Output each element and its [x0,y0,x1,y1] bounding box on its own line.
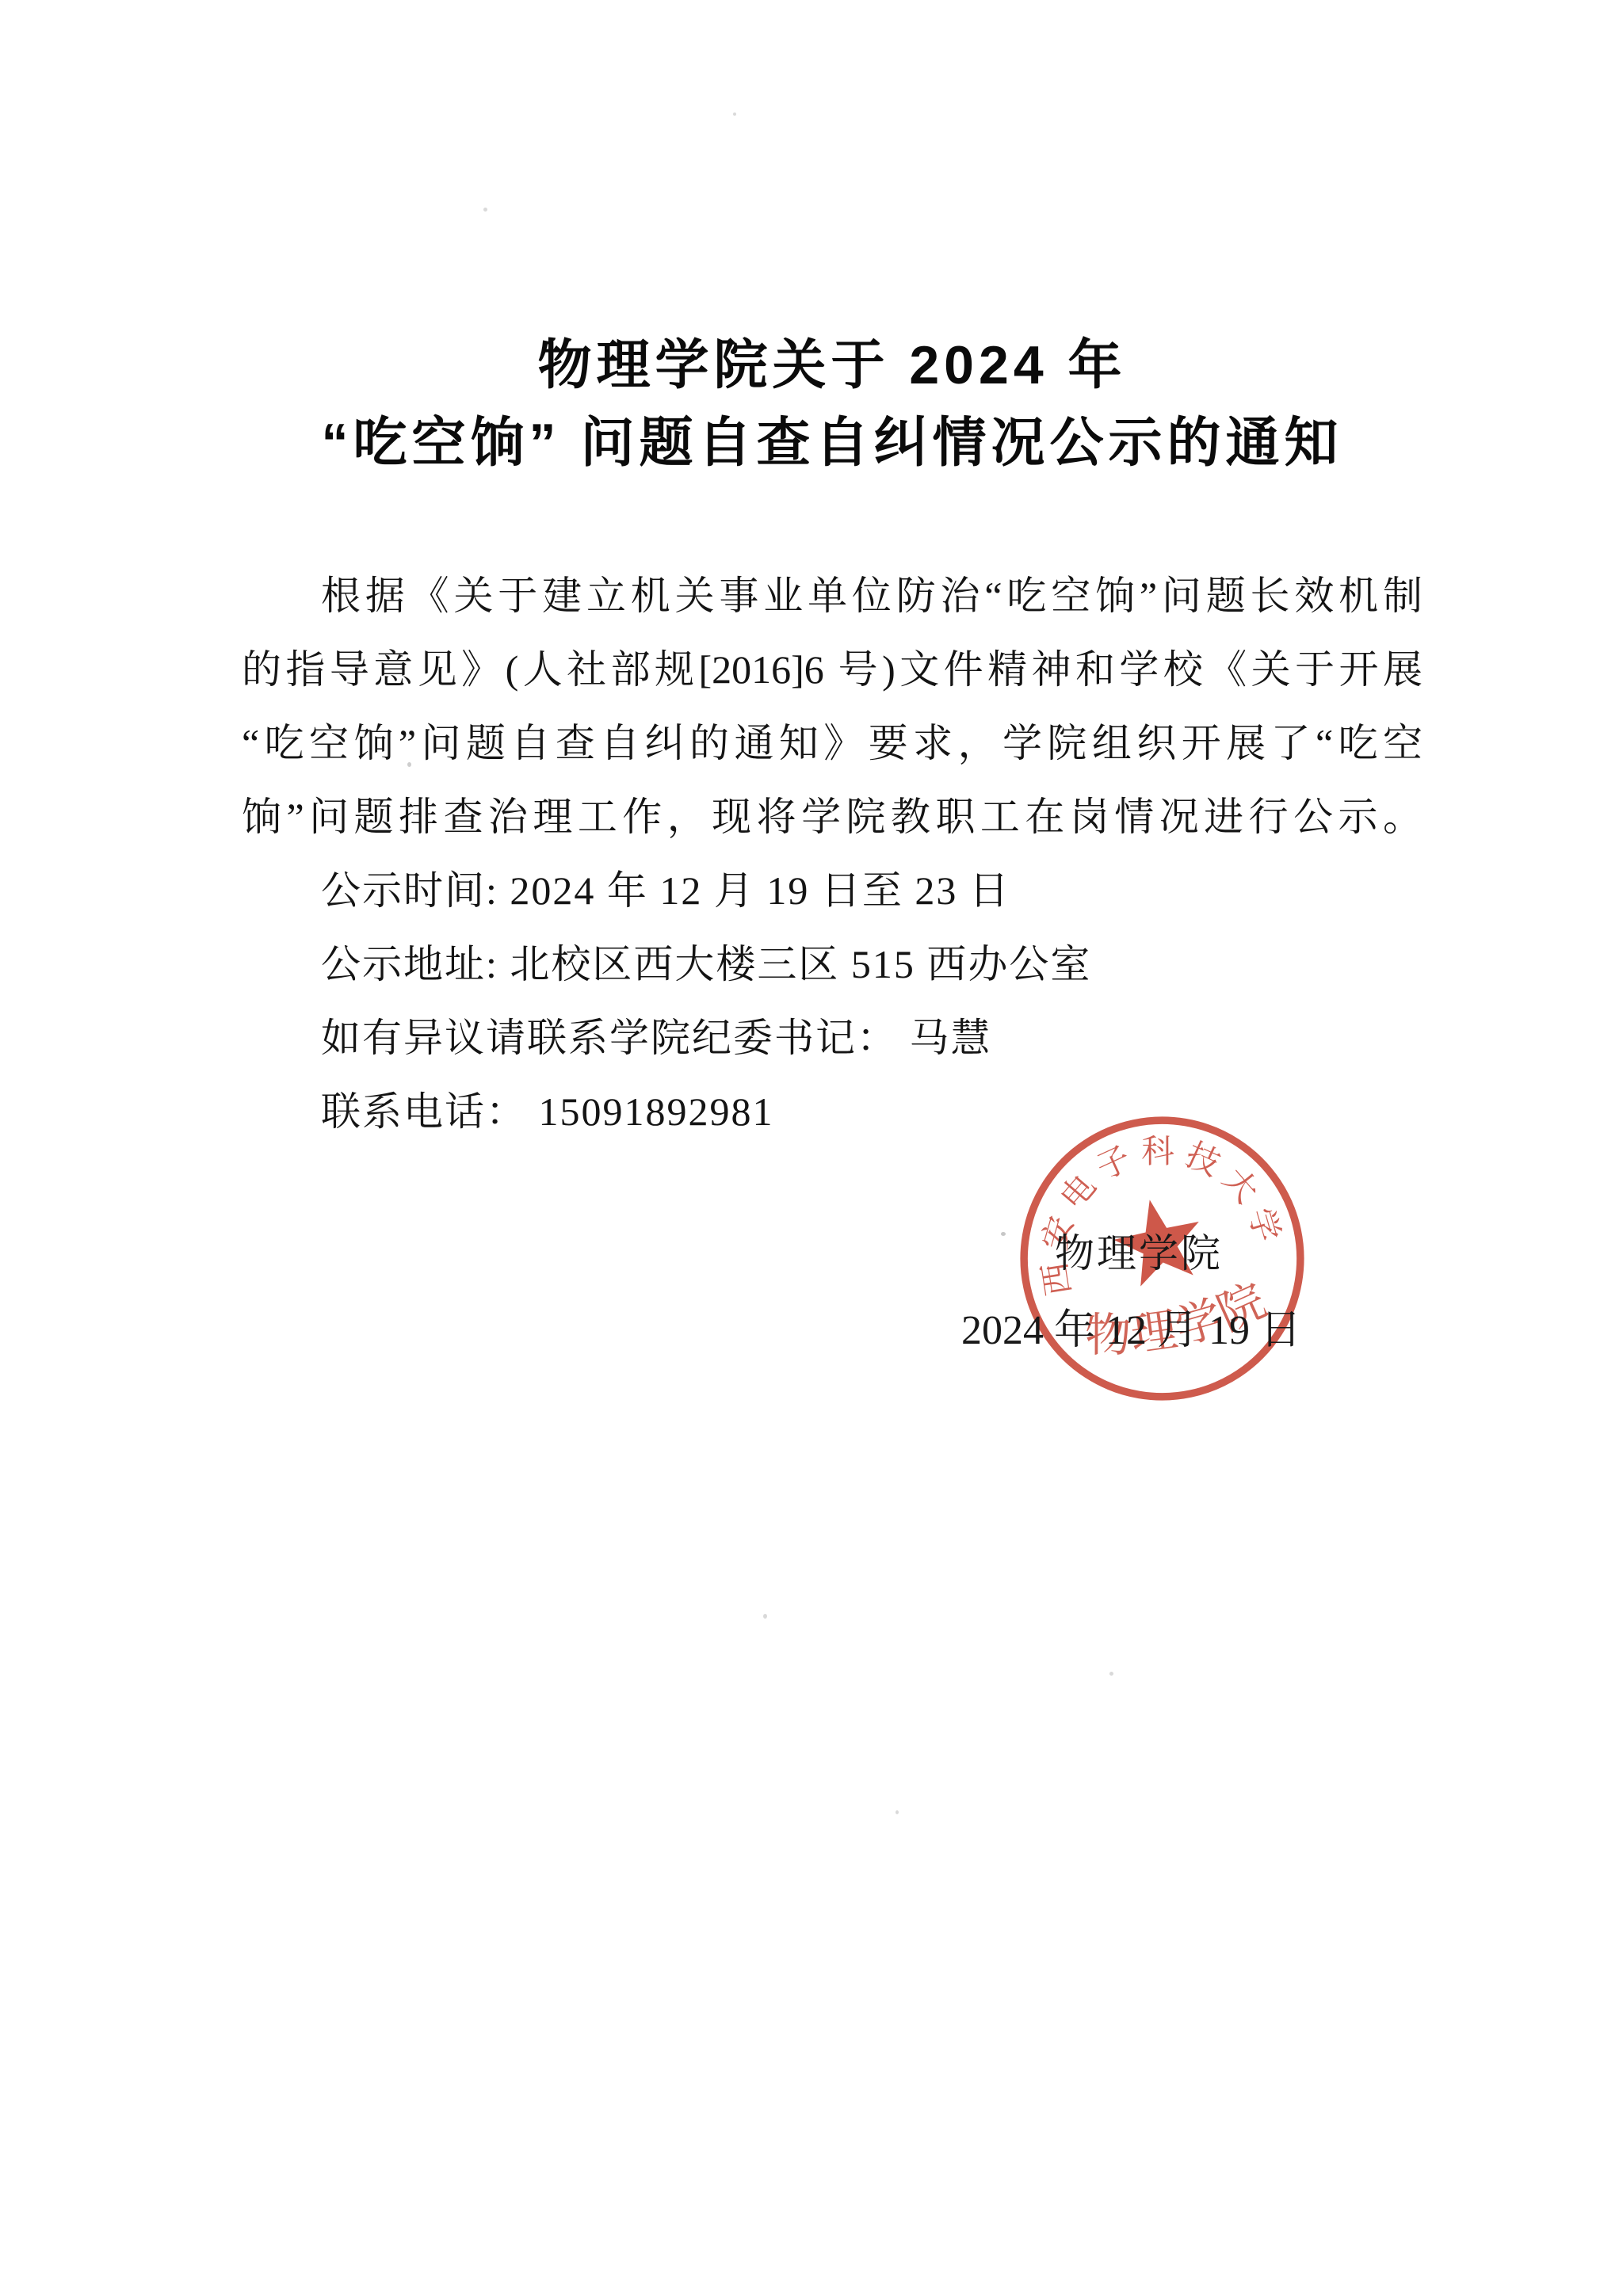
notice-title: 物理学院关于 2024 年 “吃空饷” 问题自查自纠情况公示的通知 [242,326,1423,482]
paragraph-line: 饷”问题排查治理工作，现将学院教职工在岗情况进行公示。 [242,780,1423,854]
publicity-time-line: 公示时间: 2024 年 12 月 19 日至 23 日 [242,854,1423,928]
scan-speck [407,762,411,767]
scan-speck [896,1810,899,1814]
scan-speck [1109,1672,1113,1676]
objection-contact-line: 如有异议请联系学院纪委书记： 马慧 [242,1001,1423,1075]
notice-body: 根据《关于建立机关事业单位防治“吃空饷”问题长效机制 的指导意见》(人社部规[2… [242,559,1423,1149]
notice-title-line1: 物理学院关于 2024 年 [242,326,1423,404]
scanned-notice-page: 物理学院关于 2024 年 “吃空饷” 问题自查自纠情况公示的通知 根据《关于建… [0,0,1623,2296]
signature-date: 2024 年 12 月 19 日 [961,1296,1301,1356]
scan-speck [763,1614,767,1619]
paragraph-line: 的指导意见》(人社部规[2016]6 号)文件精神和学校《关于开展 [242,633,1423,707]
notice-title-line2: “吃空饷” 问题自查自纠情况公示的通知 [242,404,1423,482]
paragraph-line: 根据《关于建立机关事业单位防治“吃空饷”问题长效机制 [242,559,1423,633]
paragraph-line: “吃空饷”问题自查自纠的通知》要求，学院组织开展了“吃空 [242,707,1423,780]
signature-department: 物理学院 [1055,1222,1223,1279]
scan-speck [483,208,487,212]
publicity-address-line: 公示地址: 北校区西大楼三区 515 西办公室 [242,928,1423,1001]
scan-speck [733,113,736,116]
